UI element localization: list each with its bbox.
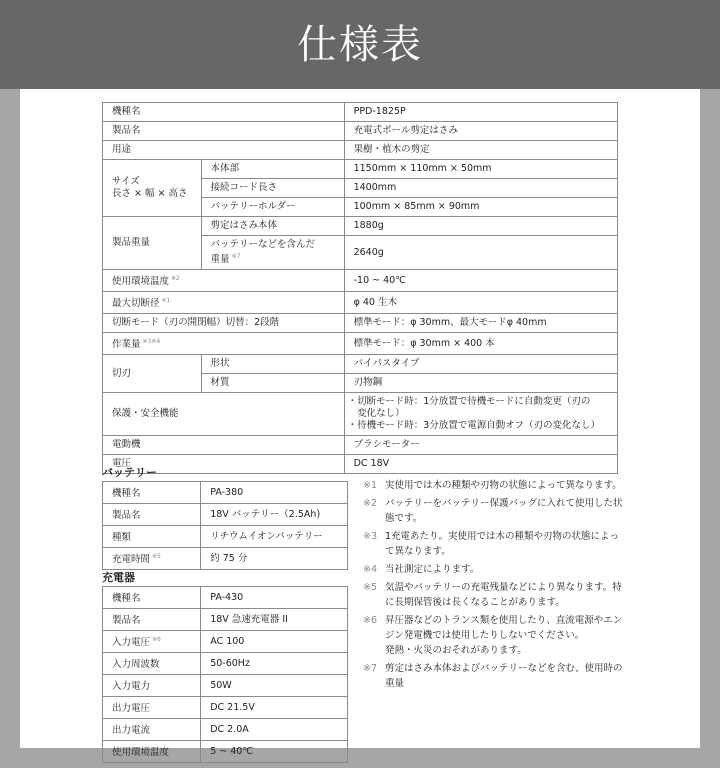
row-label: 機種名	[103, 103, 345, 122]
table-row: 使用環境温度※2 -10 ~ 40℃	[103, 270, 618, 292]
row-label: 使用環境温度	[103, 741, 201, 763]
row-value: 50W	[201, 675, 348, 697]
charger-section-title: 充電器	[102, 569, 135, 585]
page-title: 仕様表	[297, 13, 423, 70]
table-row: 製品重量 剪定はさみ本体 1880g	[103, 217, 618, 236]
footnote-ref: ※5	[152, 553, 161, 560]
row-label: 機種名	[103, 482, 201, 504]
sub-label: 材質	[201, 374, 344, 393]
row-value: ブラシモーター	[344, 436, 617, 455]
row-value: PA-430	[201, 587, 348, 609]
table-row: 機種名 PA-380	[103, 482, 348, 504]
battery-section-title: バッテリー	[102, 464, 157, 480]
footnote-ref: ※6	[152, 636, 161, 643]
table-row: 充電時間※5 約 75 分	[103, 548, 348, 570]
table-row: 入力電力 50W	[103, 675, 348, 697]
page-header: 仕様表	[0, 0, 720, 89]
table-row: 入力電圧※6 AC 100	[103, 631, 348, 653]
row-label: 作業量※3※4	[103, 333, 345, 355]
footnotes: ※1 実使用では木の種類や刃物の状態によって異なります。 ※2 バッテリーをバッ…	[363, 478, 633, 694]
row-value: 100mm × 85mm × 90mm	[344, 198, 617, 217]
sub-label: 形状	[201, 355, 344, 374]
row-value: φ 40 生木	[344, 292, 617, 314]
footnote: ※6 昇圧器などのトランス類を使用したり、直流電源やエンジン発電機では使用したり…	[363, 613, 633, 658]
row-value: DC 18V	[344, 455, 617, 474]
footnote: ※3 1充電あたり。実使用では木の種類や刃物の状態によって異なります。	[363, 529, 633, 559]
row-value: 18V 急速充電器 II	[201, 609, 348, 631]
table-row: 切刃 形状 バイパスタイプ	[103, 355, 618, 374]
sub-label: バッテリーなどを含んだ 重量※7	[201, 236, 344, 270]
table-row: 保護・安全機能 ・切断モード時：1分放置で待機モードに自動変更（刃の 変化なし）…	[103, 393, 618, 436]
table-row: 機種名 PA-430	[103, 587, 348, 609]
sub-label: 本体部	[201, 160, 344, 179]
footnote-ref: ※1	[162, 297, 171, 304]
row-label: 出力電圧	[103, 697, 201, 719]
row-label: 入力電力	[103, 675, 201, 697]
table-row: 切断モード（刃の開閉幅）切替：2段階 標準モード：φ 30mm、最大モードφ 4…	[103, 314, 618, 333]
table-row: 機種名 PPD-1825P	[103, 103, 618, 122]
row-value: バイパスタイプ	[344, 355, 617, 374]
row-value: AC 100	[201, 631, 348, 653]
row-value: 刃物鋼	[344, 374, 617, 393]
table-row: 製品名 18V バッテリー（2.5Ah)	[103, 504, 348, 526]
row-value: 充電式ポール剪定はさみ	[344, 122, 617, 141]
battery-table: 機種名 PA-380 製品名 18V バッテリー（2.5Ah) 種類 リチウムイ…	[102, 481, 348, 570]
spec-table: 機種名 PPD-1825P 製品名 充電式ポール剪定はさみ 用途 果樹・植木の剪…	[102, 102, 618, 474]
row-label: 使用環境温度※2	[103, 270, 345, 292]
table-row: 作業量※3※4 標準モード：φ 30mm × 400 本	[103, 333, 618, 355]
spec-card: 機種名 PPD-1825P 製品名 充電式ポール剪定はさみ 用途 果樹・植木の剪…	[20, 89, 700, 748]
row-value: 標準モード：φ 30mm × 400 本	[344, 333, 617, 355]
row-label: 製品名	[103, 609, 201, 631]
table-row: 製品名 充電式ポール剪定はさみ	[103, 122, 618, 141]
table-row: 使用環境温度 5 ~ 40℃	[103, 741, 348, 763]
table-row: 電圧 DC 18V	[103, 455, 618, 474]
row-value: -10 ~ 40℃	[344, 270, 617, 292]
row-value: 50-60Hz	[201, 653, 348, 675]
table-row: 製品名 18V 急速充電器 II	[103, 609, 348, 631]
row-label: 機種名	[103, 587, 201, 609]
row-label: 製品名	[103, 504, 201, 526]
row-label: 切刃	[103, 355, 202, 393]
row-value: 5 ~ 40℃	[201, 741, 348, 763]
row-label: 出力電流	[103, 719, 201, 741]
row-label: 電動機	[103, 436, 345, 455]
footnote: ※1 実使用では木の種類や刃物の状態によって異なります。	[363, 478, 633, 493]
table-row: サイズ 長さ × 幅 × 高さ 本体部 1150mm × 110mm × 50m…	[103, 160, 618, 179]
row-label: 種類	[103, 526, 201, 548]
row-label: 保護・安全機能	[103, 393, 345, 436]
row-label-size: サイズ 長さ × 幅 × 高さ	[103, 160, 202, 217]
row-label: 用途	[103, 141, 345, 160]
row-label: 最大切断径※1	[103, 292, 345, 314]
row-label: 切断モード（刃の開閉幅）切替：2段階	[103, 314, 345, 333]
footnote-ref: ※7	[232, 253, 241, 260]
table-row: 出力電圧 DC 21.5V	[103, 697, 348, 719]
table-row: 電動機 ブラシモーター	[103, 436, 618, 455]
row-label: 充電時間※5	[103, 548, 201, 570]
row-value: PA-380	[201, 482, 348, 504]
row-value: DC 2.0A	[201, 719, 348, 741]
row-value: 2640g	[344, 236, 617, 270]
row-label: 製品重量	[103, 217, 202, 270]
row-value: 18V バッテリー（2.5Ah)	[201, 504, 348, 526]
row-label: 入力周波数	[103, 653, 201, 675]
table-row: 種類 リチウムイオンバッテリー	[103, 526, 348, 548]
footnote-ref: ※2	[171, 275, 180, 282]
row-value: 1880g	[344, 217, 617, 236]
row-value: 1400mm	[344, 179, 617, 198]
row-value: 標準モード：φ 30mm、最大モードφ 40mm	[344, 314, 617, 333]
row-value: リチウムイオンバッテリー	[201, 526, 348, 548]
row-value: 果樹・植木の剪定	[344, 141, 617, 160]
row-value: DC 21.5V	[201, 697, 348, 719]
charger-table: 機種名 PA-430 製品名 18V 急速充電器 II 入力電圧※6 AC 10…	[102, 586, 348, 763]
footnote: ※5 気温やバッテリーの充電残量などにより異なります。特に長期保管後は長くなるこ…	[363, 580, 633, 610]
sub-label: 剪定はさみ本体	[201, 217, 344, 236]
table-row: 出力電流 DC 2.0A	[103, 719, 348, 741]
row-value: ・切断モード時：1分放置で待機モードに自動変更（刃の 変化なし） ・待機モード時…	[344, 393, 617, 436]
table-row: 用途 果樹・植木の剪定	[103, 141, 618, 160]
sub-label: バッテリーホルダー	[201, 198, 344, 217]
footnote: ※2 バッテリーをバッテリー保護バッグに入れて使用した状態です。	[363, 496, 633, 526]
sub-label: 接続コード長さ	[201, 179, 344, 198]
table-row: 入力周波数 50-60Hz	[103, 653, 348, 675]
footnote-ref: ※3※4	[143, 338, 161, 345]
row-value: 約 75 分	[201, 548, 348, 570]
row-value: 1150mm × 110mm × 50mm	[344, 160, 617, 179]
footnote: ※4 当社測定によります。	[363, 562, 633, 577]
row-label: 入力電圧※6	[103, 631, 201, 653]
table-row: 最大切断径※1 φ 40 生木	[103, 292, 618, 314]
row-value: PPD-1825P	[344, 103, 617, 122]
footnote: ※7 剪定はさみ本体およびバッテリーなどを含む、使用時の重量	[363, 661, 633, 691]
row-label: 製品名	[103, 122, 345, 141]
